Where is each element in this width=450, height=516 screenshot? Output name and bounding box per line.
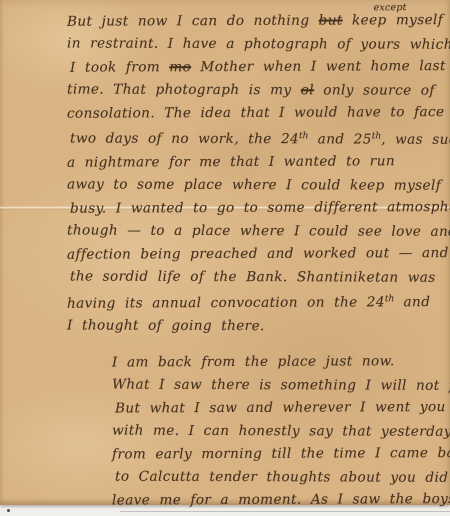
letter-text: and 25 xyxy=(308,131,371,147)
letter-text: I thought of going there. xyxy=(67,317,265,334)
letter-text: I am back from the place just now. xyxy=(112,353,395,370)
letter-line: though — to a place where I could see lo… xyxy=(12,219,444,244)
letter-line: the sordid life of the Bank. Shantiniket… xyxy=(12,265,444,290)
letter-line: having its annual convocation on the 24t… xyxy=(12,288,444,316)
letter-text: Mother when I went home last xyxy=(191,58,446,75)
letter-line: affection being preached and worked out … xyxy=(12,242,444,267)
letter-text: busy. I wanted to go to some different a… xyxy=(70,199,450,217)
scan-artifact-dot xyxy=(7,509,10,512)
letter-line: in restraint. I have a photograph of you… xyxy=(12,32,444,57)
letter-text: But what I saw and wherever I went you w… xyxy=(115,399,450,417)
letter-text: I took from xyxy=(70,59,169,75)
letter-line: But just now I can do nothing butexcept … xyxy=(12,9,444,34)
letter-line: time. That photograph is my ol only sour… xyxy=(12,78,444,103)
struck-word: butexcept xyxy=(319,12,343,28)
letter-text: What I saw there is something I will not… xyxy=(112,377,450,394)
letter-text: from early morning till the time I came … xyxy=(112,445,450,463)
letter-text: the sordid life of the Bank. Shantiniket… xyxy=(70,268,436,285)
letter-text: to Calcutta tender thoughts about you di… xyxy=(115,469,450,486)
letter-line: to Calcutta tender thoughts about you di… xyxy=(12,465,444,490)
letter-line: I thought of going there. xyxy=(12,314,444,339)
letter-text: only source of xyxy=(314,82,435,98)
letter-line: But what I saw and wherever I went you w… xyxy=(12,396,444,421)
letter-line: I took from mo Mother when I went home l… xyxy=(12,55,444,80)
letter-paragraph: But just now I can do nothing butexcept … xyxy=(12,10,444,338)
ordinal-suffix: th xyxy=(385,294,394,304)
letter-text: though — to a place where I could see lo… xyxy=(67,222,450,239)
letter-text: and xyxy=(394,294,430,310)
letter-text: having its annual convocation on the 24 xyxy=(67,294,385,311)
letter-text: time. That photograph is my xyxy=(67,81,301,98)
letter-line: two days of no work, the 24th and 25th, … xyxy=(12,124,444,152)
letter-text: affection being preached and worked out … xyxy=(67,245,450,263)
letter-line: busy. I wanted to go to some different a… xyxy=(12,196,444,221)
letter-text: a nightmare for me that I wanted to run xyxy=(67,153,395,170)
letter-text: consolation. The idea that I would have … xyxy=(67,104,445,122)
struck-word: mo xyxy=(169,59,191,75)
letter-line: with me. I can honestly say that yesterd… xyxy=(12,419,444,444)
struck-word: ol xyxy=(301,82,314,98)
letter-paragraph: I am back from the place just now.What I… xyxy=(12,351,444,512)
letter-text: leave me for a moment. As I saw the boys… xyxy=(112,491,450,509)
ordinal-suffix: th xyxy=(372,132,381,142)
letter-text: keep myself xyxy=(343,12,444,28)
letter-line: consolation. The idea that I would have … xyxy=(12,101,444,126)
letter-line: away to some place where I could keep my… xyxy=(12,173,444,198)
letter-line: leave me for a moment. As I saw the boys… xyxy=(12,488,444,513)
scanned-letter-page: But just now I can do nothing butexcept … xyxy=(0,0,450,516)
scanner-edge-line xyxy=(120,511,450,512)
letter-text: But just now I can do nothing xyxy=(67,13,319,30)
letter-text: in restraint. I have a photograph of you… xyxy=(67,35,450,52)
letter-text: away to some place where I could keep my… xyxy=(67,176,441,193)
letter-body: But just now I can do nothing butexcept … xyxy=(0,6,450,512)
letter-text: two days of no work, the 24 xyxy=(70,130,299,147)
letter-line: a nightmare for me that I wanted to run xyxy=(12,150,444,175)
letter-text: with me. I can honestly say that yesterd… xyxy=(112,423,450,440)
letter-text: , was such xyxy=(381,132,450,148)
letter-line: I am back from the place just now. xyxy=(12,350,444,375)
letter-line: What I saw there is something I will not… xyxy=(12,373,444,398)
inserted-word: except xyxy=(319,3,407,12)
letter-line: from early morning till the time I came … xyxy=(12,442,444,467)
